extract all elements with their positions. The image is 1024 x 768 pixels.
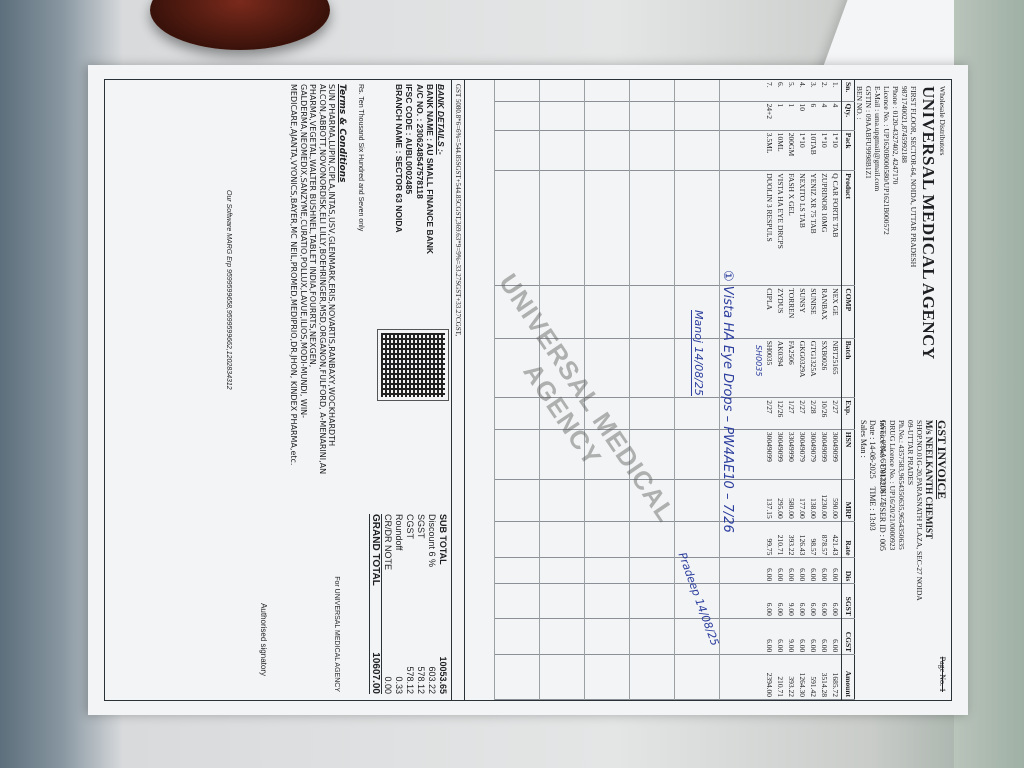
table-row: 1.41*10Q CAR FORTE TABNEX GENBT251652/27… bbox=[830, 80, 842, 700]
handwritten-batch-note: SH0035 bbox=[754, 345, 763, 376]
software-credit: Our Software MARG Erp 9599599658,9599599… bbox=[225, 190, 232, 390]
cell-product: Q CAR FORTE TAB bbox=[830, 171, 842, 286]
cell-sgst: 6.00 bbox=[830, 584, 842, 619]
cell-sn: 6. bbox=[775, 80, 786, 101]
cell-mrp: 177.00 bbox=[797, 479, 808, 521]
items-table: Sn.Qty.PackProductCOMPBatchExp.HSNMRPRat… bbox=[465, 80, 855, 700]
cell-rate: 421.43 bbox=[830, 521, 842, 558]
total-row: CGST578.12 bbox=[404, 514, 415, 694]
cell-sgst: 6.00 bbox=[819, 584, 830, 619]
party-drug-license: DRUG Licence No. : UP16/20/21/0000923 bbox=[888, 420, 897, 694]
cell-product: VISTA HA EYE DRCPS bbox=[775, 171, 786, 286]
total-value: 578.12 bbox=[404, 666, 415, 694]
time-label: TIME bbox=[869, 487, 878, 507]
column-header-pack: Pack bbox=[842, 130, 856, 171]
bank-name: BANK NAME : AU SMALL FINANCE BANK bbox=[425, 84, 436, 254]
cell-sgst: 6.00 bbox=[808, 584, 819, 619]
total-label: CR/DR NOTE bbox=[382, 514, 393, 570]
table-row: 2.41*10ZUPRINOR 10MGRANBAXSXB002610/2630… bbox=[819, 80, 830, 700]
cell-batch: FA2506 bbox=[786, 338, 797, 398]
table-row: 6.110MLVISTA HA EYE DRCPSZYDUSAK039412/2… bbox=[775, 80, 786, 700]
invoice-frame: Wholesale Distributors UNIVERSAL MEDICAL… bbox=[104, 79, 952, 701]
column-header-rate: Rate bbox=[842, 521, 856, 558]
agency-license: Licence No. : UP1620B000580/UP1621B00057… bbox=[882, 86, 891, 416]
column-header-hsn: HSN bbox=[842, 429, 856, 479]
user-id-label: USER ID : bbox=[878, 502, 887, 537]
cell-amount: 3514.28 bbox=[819, 655, 830, 700]
cell-product: FASH X GEL bbox=[786, 171, 797, 286]
cell-dis: 6.00 bbox=[808, 558, 819, 584]
date-label: Date bbox=[869, 420, 878, 435]
user-id: 005 bbox=[878, 539, 887, 551]
table-header-row: Sn.Qty.PackProductCOMPBatchExp.HSNMRPRat… bbox=[842, 80, 856, 700]
column-header-amount: Amount bbox=[842, 655, 856, 700]
cell-dis: 6.00 bbox=[830, 558, 842, 584]
authorised-signatory: Authorised signatory bbox=[259, 603, 268, 676]
column-header-comp: COMP bbox=[842, 286, 856, 338]
invoice-photo: Wholesale Distributors UNIVERSAL MEDICAL… bbox=[78, 40, 978, 740]
cell-amount: 591.42 bbox=[808, 655, 819, 700]
handwritten-signature-1: Manoj 14/08/25 bbox=[691, 310, 705, 396]
agency-block: Wholesale Distributors UNIVERSAL MEDICAL… bbox=[855, 86, 947, 416]
cell-qty: 1 bbox=[775, 101, 786, 130]
party-phone: Ph.No.: 4357583,9654350635,9654350635 bbox=[897, 420, 906, 694]
table-row: 7.24+23.5MLDUOLIN 3 RESPULSCIPLASH00352/… bbox=[764, 80, 775, 700]
invoice-date: : 14-08-2025 bbox=[869, 437, 878, 479]
cell-sgst: 9.00 bbox=[786, 584, 797, 619]
column-header-batch: Batch bbox=[842, 338, 856, 398]
agency-gstin: GSTIN : 09AABFU9998B1Z1 bbox=[864, 86, 873, 416]
cell-cgst: 9.00 bbox=[786, 618, 797, 654]
cell-cgst: 6.00 bbox=[797, 618, 808, 654]
table-row: 3.610TABYENIZ XR 75 TABSUNISEGTG1325A2/2… bbox=[808, 80, 819, 700]
cell-exp: 2/28 bbox=[808, 398, 819, 430]
cell-batch: AK0394 bbox=[775, 338, 786, 398]
cell-sn: 2. bbox=[819, 80, 830, 101]
cell-rate: 878.57 bbox=[819, 521, 830, 558]
total-row: Roundoff0.33 bbox=[393, 514, 404, 694]
terms-block: Terms & Conditions SUN PHARMA,LUPIN,CIPL… bbox=[289, 84, 346, 524]
cell-qty: 1 bbox=[786, 101, 797, 130]
cell-rate: 126.43 bbox=[797, 521, 808, 558]
cell-hsn: 30049079 bbox=[797, 429, 808, 479]
cell-mrp: 590.00 bbox=[830, 479, 842, 521]
column-header-sgst: SGST bbox=[842, 584, 856, 619]
cell-comp: NEX GE bbox=[830, 286, 842, 338]
branch-name: BRANCH NAME : SECTOR 63 NOIDA bbox=[394, 84, 405, 254]
total-row: SUB TOTAL10053.65 bbox=[437, 514, 448, 694]
cell-cgst: 6.00 bbox=[808, 618, 819, 654]
cell-pack: 1*10 bbox=[797, 130, 808, 171]
cell-pack: 1*10 bbox=[819, 130, 830, 171]
page-number: Page No. 1 bbox=[938, 657, 947, 692]
total-label: CGST bbox=[404, 514, 415, 539]
cell-comp: CIPLA bbox=[764, 286, 775, 338]
cell-comp: ZYDUS bbox=[775, 286, 786, 338]
party-block: M/s NEELKANTH CHEMIST SHOP.NO.01G-20,PAR… bbox=[879, 420, 933, 694]
cell-pack: 10ML bbox=[775, 130, 786, 171]
cell-amount: 1264.30 bbox=[797, 655, 808, 700]
cell-exp: 1/27 bbox=[786, 398, 797, 430]
cell-exp: 2/27 bbox=[830, 398, 842, 430]
qr-code bbox=[378, 330, 448, 400]
cell-batch: SXB0026 bbox=[819, 338, 830, 398]
table-row: 5.1200GMFASH X GELTORRENFA25061/27330499… bbox=[786, 80, 797, 700]
cell-cgst: 6.00 bbox=[830, 618, 842, 654]
cell-mrp: 1230.00 bbox=[819, 479, 830, 521]
terms-text: SUN PHARMA,LUPIN,CIPLA,INTAS,USV,GLENMAR… bbox=[289, 84, 337, 524]
cell-qty: 4 bbox=[819, 101, 830, 130]
total-value: 10607.00 bbox=[370, 652, 381, 694]
cell-mrp: 295.00 bbox=[775, 479, 786, 521]
agency-address: FIRST FLOOR, SECTOR-64, NOIDA, UTTAR PRA… bbox=[909, 86, 918, 416]
cell-exp: 2/27 bbox=[797, 398, 808, 430]
cell-rate: 210.71 bbox=[775, 521, 786, 558]
cell-cgst: 6.00 bbox=[764, 618, 775, 654]
invoice-time: : 13:03 bbox=[869, 508, 878, 530]
column-header-qty: Qty. bbox=[842, 101, 856, 130]
cell-pack: 1*10 bbox=[830, 130, 842, 171]
agency-name: UNIVERSAL MEDICAL AGENCY bbox=[918, 86, 938, 416]
cell-pack: 10TAB bbox=[808, 130, 819, 171]
cell-comp: TORREN bbox=[786, 286, 797, 338]
totals-block: SUB TOTAL10053.65Discount 6 %603.22SGST5… bbox=[369, 514, 448, 694]
cell-mrp: 138.00 bbox=[808, 479, 819, 521]
invoice-sheet: Wholesale Distributors UNIVERSAL MEDICAL… bbox=[88, 65, 968, 715]
cell-exp: 2/27 bbox=[764, 398, 775, 430]
cell-sn: 1. bbox=[830, 80, 842, 101]
total-label: GRAND TOTAL bbox=[370, 514, 381, 586]
table-row: 4.101*10NEXITO LS TABSUNSYGKG0329A2/2730… bbox=[797, 80, 808, 700]
cell-batch: GKG0329A bbox=[797, 338, 808, 398]
column-header-mrp: MRP bbox=[842, 479, 856, 521]
cell-hsn: 30049099 bbox=[819, 429, 830, 479]
column-header-dis: Dis bbox=[842, 558, 856, 584]
total-row: Discount 6 %603.22 bbox=[426, 514, 437, 694]
bank-title: BANK DETAILS :- bbox=[436, 84, 447, 254]
cell-sn: 5. bbox=[786, 80, 797, 101]
total-label: SGST bbox=[415, 514, 426, 539]
cell-mrp: 580.00 bbox=[786, 479, 797, 521]
party-state: 09-UTTAR PRADES bbox=[906, 420, 915, 694]
cell-product: ZUPRINOR 10MG bbox=[819, 171, 830, 286]
cell-dis: 6.00 bbox=[797, 558, 808, 584]
cell-sgst: 6.00 bbox=[775, 584, 786, 619]
cell-comp: SUNISE bbox=[808, 286, 819, 338]
cell-hsn: 30049099 bbox=[775, 429, 786, 479]
cell-qty: 4 bbox=[830, 101, 842, 130]
cell-hsn: 30049079 bbox=[808, 429, 819, 479]
cell-hsn: 30049099 bbox=[764, 429, 775, 479]
cell-sn: 3. bbox=[808, 80, 819, 101]
cell-dis: 6.00 bbox=[775, 558, 786, 584]
total-label: SUB TOTAL bbox=[437, 514, 448, 565]
total-row: GRAND TOTAL10607.00 bbox=[369, 514, 382, 694]
cell-amount: 393.22 bbox=[786, 655, 797, 700]
cell-qty: 6 bbox=[808, 101, 819, 130]
cell-product: NEXITO LS TAB bbox=[797, 171, 808, 286]
cell-pack: 200GM bbox=[786, 130, 797, 171]
cell-amount: 2394.00 bbox=[764, 655, 775, 700]
cell-dis: 6.00 bbox=[819, 558, 830, 584]
cell-product: YENIZ XR 75 TAB bbox=[808, 171, 819, 286]
agency-ben-no: BEN NO. : bbox=[855, 86, 864, 416]
amount-in-words: Rs. Ten Thousand Six Hundred and Seven o… bbox=[357, 84, 364, 231]
total-value: 0.33 bbox=[393, 676, 404, 694]
invoice-no: : U013206 bbox=[878, 460, 887, 494]
agency-subtitle: Wholesale Distributors bbox=[938, 86, 947, 416]
cell-batch: GTG1325A bbox=[808, 338, 819, 398]
agency-phone: Phone : 0120-4327402, 4247170 bbox=[891, 86, 900, 416]
cell-exp: 12/26 bbox=[775, 398, 786, 430]
total-value: 0.00 bbox=[382, 676, 393, 694]
terms-title: Terms & Conditions bbox=[337, 84, 347, 524]
doc-title: GST INVOICE bbox=[934, 420, 949, 499]
total-label: Discount 6 % bbox=[426, 514, 437, 567]
invoice-header: Wholesale Distributors UNIVERSAL MEDICAL… bbox=[854, 80, 951, 700]
cell-qty: 10 bbox=[797, 101, 808, 130]
cell-rate: 99.75 bbox=[764, 521, 775, 558]
ifsc-code: IFSC CODE : AUBL0002485 bbox=[404, 84, 415, 254]
total-value: 603.22 bbox=[426, 666, 437, 694]
party-address: SHOP.NO.01G-20,PARASNATH PLAZA, SEC-27 N… bbox=[915, 420, 924, 694]
column-header-exp: Exp. bbox=[842, 398, 856, 430]
cell-sn: 7. bbox=[764, 80, 775, 101]
total-value: 578.12 bbox=[415, 666, 426, 694]
cell-amount: 210.71 bbox=[775, 655, 786, 700]
cell-rate: 98.57 bbox=[808, 521, 819, 558]
cell-exp: 10/26 bbox=[819, 398, 830, 430]
agency-email: E-Mail : uma.upgmail@gmail.com bbox=[873, 86, 882, 416]
cell-sgst: 6.00 bbox=[797, 584, 808, 619]
for-agency: For UNIVERSAL MEDICAL AGENCY bbox=[333, 576, 340, 692]
cell-qty: 24+2 bbox=[764, 101, 775, 130]
invoice-no-label: Invoice No. bbox=[878, 420, 887, 458]
total-row: SGST578.12 bbox=[415, 514, 426, 694]
cell-batch: SH0035 bbox=[764, 338, 775, 398]
cell-product: DUOLIN 3 RESPULS bbox=[764, 171, 775, 286]
cell-pack: 3.5ML bbox=[764, 130, 775, 171]
cell-comp: SUNSY bbox=[797, 286, 808, 338]
salesman-label: Sales Man : bbox=[859, 420, 869, 551]
bank-details: BANK DETAILS :- BANK NAME : AU SMALL FIN… bbox=[394, 84, 447, 254]
total-value: 10053.65 bbox=[437, 656, 448, 694]
column-header-cgst: CGST bbox=[842, 618, 856, 654]
gst-summary: GST 5080.8*6=6%=544.85SGST+544.85CGST,36… bbox=[451, 80, 464, 700]
cell-hsn: 30049099 bbox=[830, 429, 842, 479]
column-header-product: Product bbox=[842, 171, 856, 286]
cell-hsn: 33049990 bbox=[786, 429, 797, 479]
total-row: CR/DR NOTE0.00 bbox=[382, 514, 393, 694]
agency-mobile: 9871740021,8745992188 bbox=[900, 86, 909, 416]
cell-dis: 6.00 bbox=[764, 558, 775, 584]
party-name: M/s NEELKANTH CHEMIST bbox=[924, 420, 933, 694]
cell-cgst: 6.00 bbox=[775, 618, 786, 654]
cell-amount: 1685.72 bbox=[830, 655, 842, 700]
cell-cgst: 6.00 bbox=[819, 618, 830, 654]
invoice-footer: GST 5080.8*6=6%=544.85SGST+544.85CGST,36… bbox=[105, 80, 465, 700]
invoice-meta: Invoice No. : U013206 USER ID : 005 Date… bbox=[859, 420, 888, 551]
cell-rate: 393.22 bbox=[786, 521, 797, 558]
handwritten-note: ① Vista HA Eye Drops – PW4AE10 – 7/26 bbox=[720, 270, 735, 533]
cell-dis: 6.00 bbox=[786, 558, 797, 584]
cell-batch: NBT25165 bbox=[830, 338, 842, 398]
cell-sn: 4. bbox=[797, 80, 808, 101]
cell-mrp: 137.15 bbox=[764, 479, 775, 521]
account-no: A/C NO. : 2306248547578118 bbox=[415, 84, 426, 254]
column-header-sn: Sn. bbox=[842, 80, 856, 101]
cell-comp: RANBAX bbox=[819, 286, 830, 338]
cell-sgst: 6.00 bbox=[764, 584, 775, 619]
total-label: Roundoff bbox=[393, 514, 404, 550]
empty-row bbox=[630, 80, 675, 700]
